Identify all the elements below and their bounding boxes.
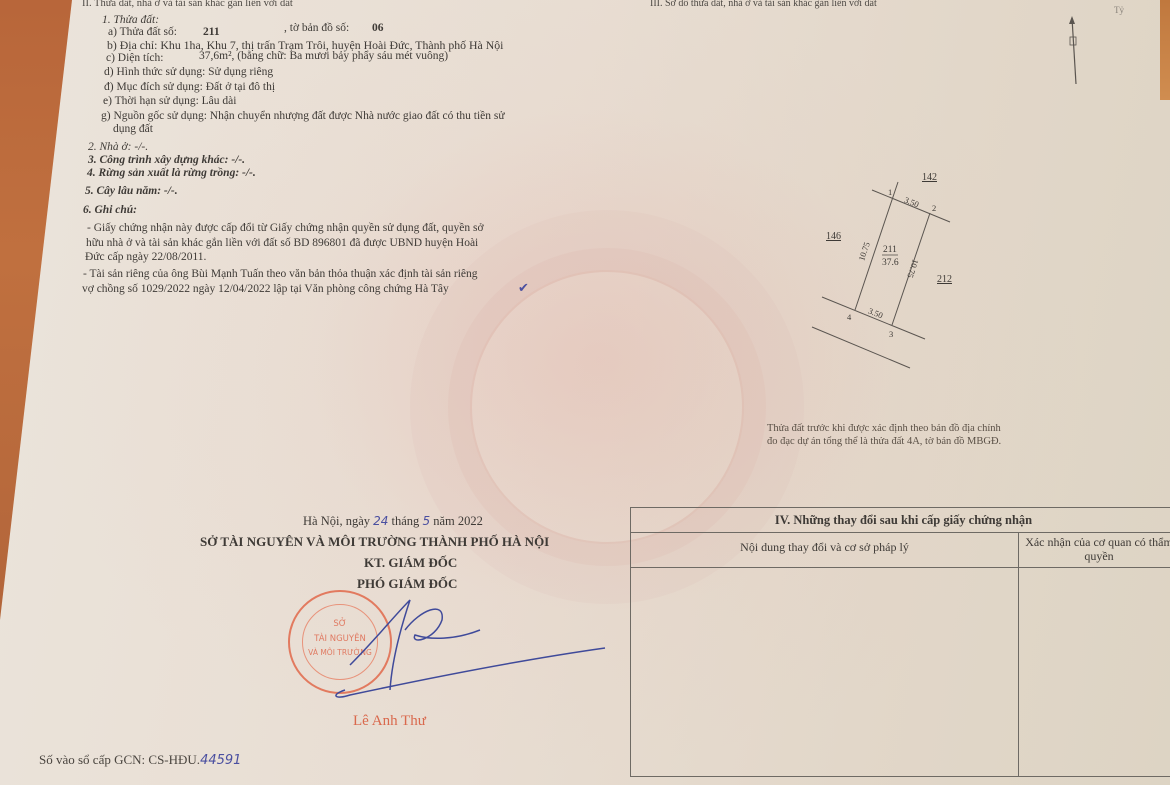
registry-number: Số vào sổ cấp GCN: CS-HĐU.44591 — [39, 753, 241, 767]
vertex-3: 3 — [889, 328, 893, 341]
issue-month: 5 — [422, 514, 430, 528]
date-prefix: Hà Nội, ngày — [303, 514, 370, 528]
neighbor-parcel-right: 212 — [937, 273, 952, 286]
neighbor-parcel-left: 146 — [826, 230, 841, 243]
issuing-agency: SỞ TÀI NGUYÊN VÀ MÔI TRƯỜNG THÀNH PHỐ HÀ… — [200, 535, 549, 548]
seal-text: VÀ MÔI TRƯỜNG — [290, 648, 390, 658]
diagram-footnote: đo đạc dự án tổng thể là thửa đất 4A, tờ… — [767, 435, 1001, 448]
signer-name: Lê Anh Thư — [353, 715, 426, 728]
neighbor-parcel-top: 142 — [922, 171, 937, 184]
signer-role-1: KT. GIÁM ĐỐC — [364, 556, 457, 569]
issue-day: 24 — [373, 514, 388, 528]
changes-table-header-row: Nội dung thay đổi và cơ sở pháp lý Xác n… — [631, 532, 1170, 568]
vertex-2: 2 — [932, 202, 936, 215]
seal-text: TÀI NGUYÊN — [290, 634, 390, 644]
parcel-area: 37.6 — [882, 257, 899, 270]
column-header-content: Nội dung thay đổi và cơ sở pháp lý — [631, 540, 1018, 555]
vertex-1: 1 — [888, 186, 892, 199]
vertex-4: 4 — [847, 311, 851, 324]
month-prefix: tháng — [392, 514, 420, 528]
official-seal: SỞ TÀI NGUYÊN VÀ MÔI TRƯỜNG — [288, 590, 392, 694]
changes-confirmation-cell — [1019, 568, 1170, 776]
issue-date: Hà Nội, ngày 24 tháng 5 năm 2022 — [303, 515, 483, 528]
issue-year: năm 2022 — [433, 514, 483, 528]
changes-table: IV. Những thay đổi sau khi cấp giấy chứn… — [630, 507, 1170, 777]
registry-label: Số vào sổ cấp GCN: CS-HĐU. — [39, 752, 200, 767]
diagram-footnote: Thửa đất trước khi được xác định theo bả… — [767, 422, 1001, 435]
seal-text: SỞ — [290, 619, 390, 629]
signer-role-2: PHÓ GIÁM ĐỐC — [357, 577, 457, 590]
changes-table-title: IV. Những thay đổi sau khi cấp giấy chứn… — [631, 513, 1170, 528]
north-arrow-icon — [1069, 16, 1076, 84]
changes-content-cell — [631, 568, 1017, 776]
column-header-confirmation: Xác nhận của cơ quan có thẩm quyền — [1019, 535, 1170, 563]
changes-table-title-row: IV. Những thay đổi sau khi cấp giấy chứn… — [631, 508, 1170, 533]
registry-value: 44591 — [200, 753, 241, 768]
parcel-number: 211 — [883, 244, 897, 257]
